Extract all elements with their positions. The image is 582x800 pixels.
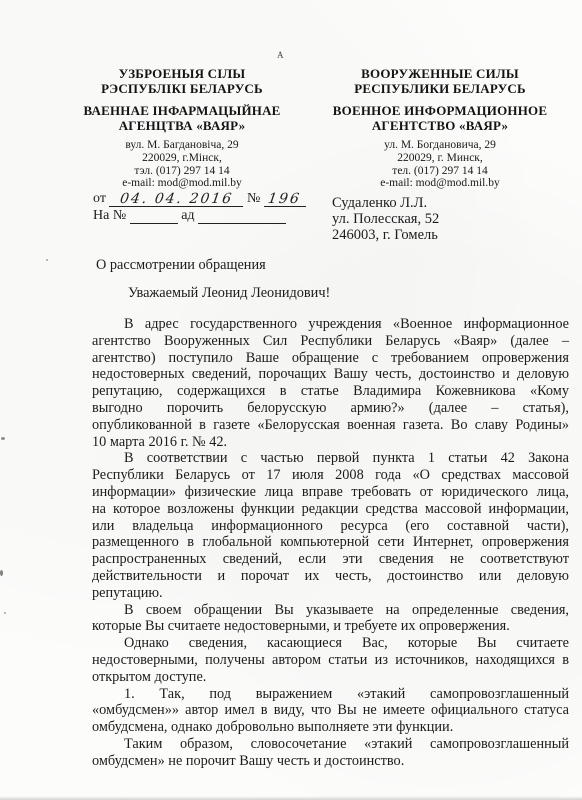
number-label: № [247,191,260,206]
body-line: омбудсмена, однако добровольно выполняет… [92,719,569,736]
body-line: В своем обращении Вы указываете на опред… [92,602,569,619]
body-line: репутацию, содержащихся в статье Владими… [92,383,569,400]
body-line: «омбудсмен»» автор имел в виду, что Вы н… [92,702,569,719]
address-by-email: e-mail: mod@mod.mil.by [66,177,298,190]
body-line: Таким образом, словосочетание «этакий са… [92,736,569,753]
reply-label: На № [93,208,126,223]
number-field: 196 [264,191,306,207]
agency-name-by-line1: ВАЕННАЕ ІНФАРМАЦЫЙНАЕ [66,103,298,118]
body-line: или владельца информационного ресурса (е… [92,518,569,535]
paragraph-6: Таким образом, словосочетание «этакий са… [92,736,569,770]
agency-name-by-line2: АГЕНЦТВА «ВАЯР» [66,118,298,133]
org-name-by: УЗБРОЕНЫЯ СІЛЫ РЭСПУБЛІКІ БЕЛАРУСЬ [66,66,298,96]
reply-date-field [198,208,286,224]
address-ru-email: e-mail: mod@mod.mil.by [324,177,556,190]
reply-conj-label: ад [181,208,194,223]
paragraph-3: В своем обращении Вы указываете на опред… [92,602,569,636]
letter-body: В адрес государственного учреждения «Вое… [92,316,569,770]
scan-speck [46,259,48,261]
body-line: выгодно порочить белорусскую армию?» (да… [92,400,569,417]
body-line: Однако сведения, касающиеся Вас, которые… [92,635,569,652]
address-by: вул. М. Багдановіча, 29 220029, г.Мінск,… [66,139,298,190]
org-name-ru: ВООРУЖЕННЫЕ СИЛЫ РЕСПУБЛИКИ БЕЛАРУСЬ [324,66,556,96]
reference-date-row: от 04. 04. 2016 № 196 [93,190,306,207]
address-by-city: 220029, г.Мінск, [66,152,298,165]
handwritten-date: 04. 04. 2016 [119,191,234,208]
body-line: репутацию. [92,585,569,602]
body-line: информации» физические лица вправе требо… [92,484,569,501]
reference-reply-row: На № ад [93,207,306,224]
paragraph-1: В адрес государственного учреждения «Вое… [92,316,569,450]
scan-speck [4,612,6,614]
body-line: которые Вы считаете недостоверными, и тр… [92,618,569,635]
body-line: размещенного в глобальной компьютерной с… [92,534,569,551]
org-name-by-line1: УЗБРОЕНЫЯ СІЛЫ [66,66,298,81]
body-line: открытом доступе. [92,669,569,686]
body-line: 10 марта 2016 г. № 42. [92,434,569,451]
body-line: агентство Вооруженных Сил Республики Бел… [92,333,569,350]
reply-number-field [130,208,178,224]
body-line: распространенных сведений, если эти свед… [92,551,569,568]
org-name-by-line2: РЭСПУБЛІКІ БЕЛАРУСЬ [66,81,298,96]
recipient-city: 246003, г. Гомель [332,228,439,244]
body-line: агентство) поступило Ваше обращение с тр… [92,350,569,367]
salutation-line: Уважаемый Леонид Леонидович! [128,285,330,302]
scan-speck [1,437,5,440]
agency-name-ru: ВОЕННОЕ ИНФОРМАЦИОННОЕ АГЕНТСТВО «ВАЯР» [324,103,556,133]
recipient-block: Судаленко Л.Л. ул. Полесская, 52 246003,… [332,196,439,243]
agency-name-ru-line2: АГЕНТСТВО «ВАЯР» [324,118,556,133]
paragraph-2: В соответствии с частью первой пункта 1 … [92,450,569,601]
handwritten-number: 196 [267,191,302,208]
reference-block: от 04. 04. 2016 № 196 На № ад [93,190,306,224]
address-ru-city: 220029, г. Минск, [324,152,556,165]
org-name-ru-line1: ВООРУЖЕННЫЕ СИЛЫ [324,66,556,81]
scan-speck [0,570,3,576]
address-by-phone: тэл. (017) 297 14 14 [66,165,298,178]
body-line: недостоверными, получены автором статьи … [92,652,569,669]
body-line: В соответствии с частью первой пункта 1 … [92,450,569,467]
body-line: омбудсмен» не порочит Вашу честь и досто… [92,753,569,770]
letterhead-russian: ВООРУЖЕННЫЕ СИЛЫ РЕСПУБЛИКИ БЕЛАРУСЬ ВОЕ… [324,66,556,190]
recipient-name: Судаленко Л.Л. [332,196,439,212]
from-label: от [93,191,106,206]
body-line: В адрес государственного учреждения «Вое… [92,316,569,333]
paragraph-5: 1. Так, под выражением «этакий самопрово… [92,686,569,736]
body-line: на которое возложены функции редакции ср… [92,501,569,518]
stray-letter-mark: А [277,50,284,60]
body-line: недостоверных сведений, порочащих Вашу ч… [92,366,569,383]
address-ru-phone: тел. (017) 297 14 14 [324,165,556,178]
agency-name-by: ВАЕННАЕ ІНФАРМАЦЫЙНАЕ АГЕНЦТВА «ВАЯР» [66,103,298,133]
body-line: Республики Беларусь от 17 июля 2008 года… [92,467,569,484]
agency-name-ru-line1: ВОЕННОЕ ИНФОРМАЦИОННОЕ [324,103,556,118]
body-line: опубликованной в газете «Белорусская вое… [92,417,569,434]
date-field: 04. 04. 2016 [109,191,243,207]
org-name-ru-line2: РЕСПУБЛИКИ БЕЛАРУСЬ [324,81,556,96]
scanned-letter-page: А УЗБРОЕНЫЯ СІЛЫ РЭСПУБЛІКІ БЕЛАРУСЬ ВАЕ… [0,0,582,800]
scan-edge-shadow [0,796,582,800]
recipient-street: ул. Полесская, 52 [332,212,439,228]
body-line: 1. Так, под выражением «этакий самопрово… [92,686,569,703]
paragraph-4: Однако сведения, касающиеся Вас, которые… [92,635,569,685]
body-line: действительности и порочат их честь, дос… [92,568,569,585]
address-by-street: вул. М. Багдановіча, 29 [66,139,298,152]
address-ru-street: ул. М. Богдановича, 29 [324,139,556,152]
subject-line: О рассмотрении обращения [96,257,266,274]
address-ru: ул. М. Богдановича, 29 220029, г. Минск,… [324,139,556,190]
letterhead-belarusian: УЗБРОЕНЫЯ СІЛЫ РЭСПУБЛІКІ БЕЛАРУСЬ ВАЕНН… [66,66,298,190]
